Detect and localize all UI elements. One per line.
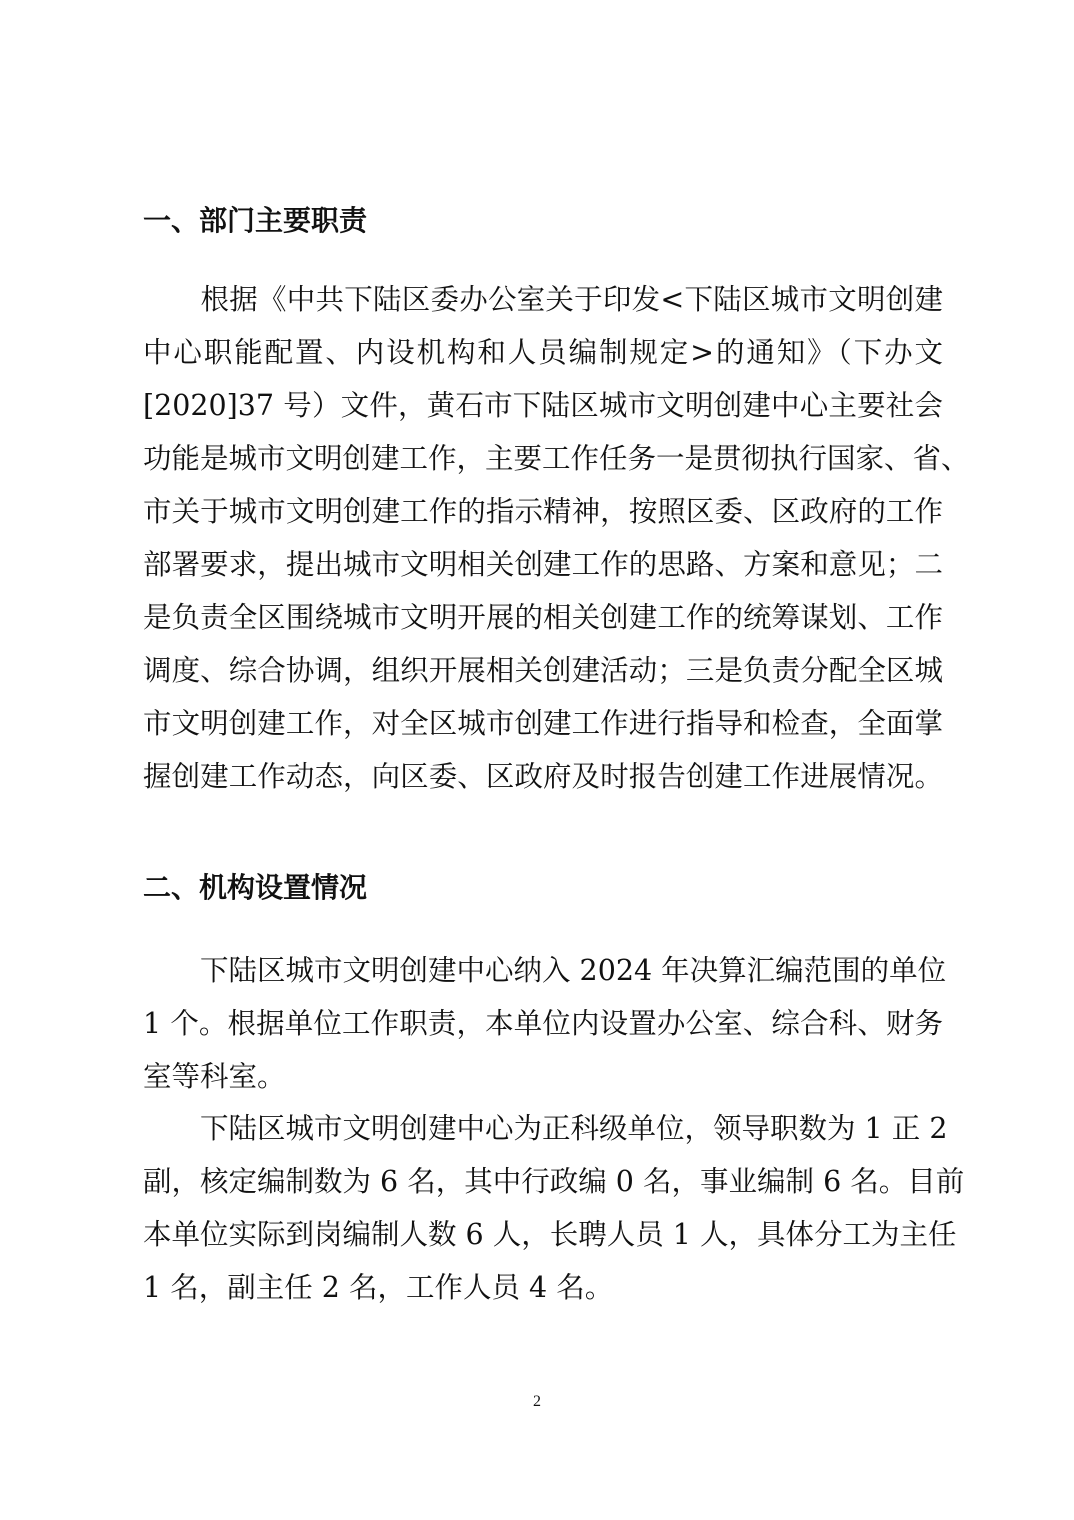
text-line: 中心职能配置、内设机构和人员编制规定>的通知》（下办文 bbox=[143, 326, 943, 379]
text-line: 部署要求，提出城市文明相关创建工作的思路、方案和意见；二 bbox=[143, 538, 943, 591]
text-line: 功能是城市文明创建工作，主要工作任务一是贯彻执行国家、省、 bbox=[143, 432, 943, 485]
text-line: 市文明创建工作，对全区城市创建工作进行指导和检查，全面掌 bbox=[143, 697, 943, 750]
text-line: 下陆区城市文明创建中心为正科级单位，领导职数为 1 正 2 bbox=[143, 1102, 943, 1155]
text-line: 室等科室。 bbox=[143, 1050, 943, 1103]
text-line: 下陆区城市文明创建中心纳入 2024 年决算汇编范围的单位 bbox=[143, 944, 943, 997]
section-heading-main-duties: 一、部门主要职责 bbox=[143, 199, 367, 239]
page-number: 2 bbox=[0, 1393, 1074, 1411]
paragraph-org-scope: 下陆区城市文明创建中心纳入 2024 年决算汇编范围的单位 1 个。根据单位工作… bbox=[143, 944, 943, 1103]
text-line: 副，核定编制数为 6 名，其中行政编 0 名，事业编制 6 名。目前 bbox=[143, 1155, 943, 1208]
section-heading-org-setup: 二、机构设置情况 bbox=[143, 866, 367, 906]
text-line: 根据《中共下陆区委办公室关于印发<下陆区城市文明创建 bbox=[143, 273, 943, 326]
text-line: [2020]37 号）文件，黄石市下陆区城市文明创建中心主要社会 bbox=[143, 379, 943, 432]
paragraph-main-duties: 根据《中共下陆区委办公室关于印发<下陆区城市文明创建 中心职能配置、内设机构和人… bbox=[143, 273, 943, 803]
text-line: 1 名，副主任 2 名，工作人员 4 名。 bbox=[143, 1261, 943, 1314]
text-line: 是负责全区围绕城市文明开展的相关创建工作的统筹谋划、工作 bbox=[143, 591, 943, 644]
text-line: 本单位实际到岗编制人数 6 人，长聘人员 1 人，具体分工为主任 bbox=[143, 1208, 943, 1261]
text-line: 1 个。根据单位工作职责，本单位内设置办公室、综合科、财务 bbox=[143, 997, 943, 1050]
paragraph-staffing: 下陆区城市文明创建中心为正科级单位，领导职数为 1 正 2 副，核定编制数为 6… bbox=[143, 1102, 943, 1314]
document-page: 一、部门主要职责 根据《中共下陆区委办公室关于印发<下陆区城市文明创建 中心职能… bbox=[0, 0, 1074, 1520]
text-line: 市关于城市文明创建工作的指示精神，按照区委、区政府的工作 bbox=[143, 485, 943, 538]
text-line: 握创建工作动态，向区委、区政府及时报告创建工作进展情况。 bbox=[143, 750, 943, 803]
text-line: 调度、综合协调，组织开展相关创建活动；三是负责分配全区城 bbox=[143, 644, 943, 697]
